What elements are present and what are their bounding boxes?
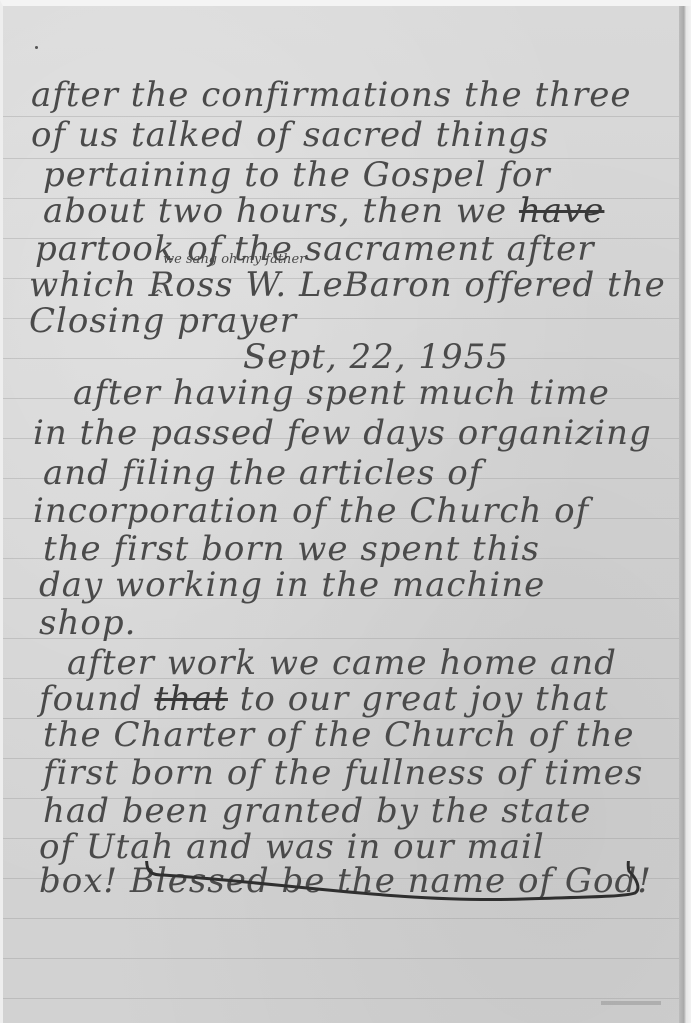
struck-word: have	[519, 191, 605, 231]
text-line: of us talked of sacred things	[31, 118, 549, 152]
text-line: day working in the machine	[39, 568, 545, 602]
text-line: Closing prayer	[29, 304, 297, 338]
text-line: shop.	[39, 606, 136, 640]
emphasis-loop	[143, 861, 643, 911]
text-line: about two hours, then we have	[43, 194, 604, 228]
text-line: of Utah and was in our mail	[39, 830, 545, 864]
text-line: which Ross W. LeBaron offered the	[29, 268, 666, 302]
text-line: and filing the articles of	[43, 456, 482, 490]
text-line: the Charter of the Church of the	[43, 718, 634, 752]
ruled-line	[3, 958, 679, 959]
text-segment: found	[39, 679, 143, 719]
ruled-line	[3, 998, 679, 999]
entry-date: Sept, 22, 1955	[243, 340, 509, 374]
journal-page: after the confirmations the three of us …	[0, 0, 691, 1023]
page-edge	[679, 6, 691, 1023]
text-line: after work we came home and	[67, 646, 617, 680]
text-line: after the confirmations the three	[31, 78, 632, 112]
ink-dot	[35, 46, 38, 49]
text-line: after having spent much time	[73, 376, 610, 410]
text-segment: about two hours, then we	[43, 191, 507, 231]
text-line: had been granted by the state	[43, 794, 591, 828]
text-line: pertaining to the Gospel for	[43, 158, 551, 192]
text-line: incorporation of the Church of	[33, 494, 589, 528]
text-line: found that to our great joy that	[39, 682, 609, 716]
page-mark	[601, 1001, 661, 1005]
text-line: the first born we spent this	[43, 532, 540, 566]
text-line: in the passed few days organizing	[33, 416, 652, 450]
text-segment: to our great joy that	[240, 679, 609, 719]
text-line: first born of the fullness of times	[43, 756, 643, 790]
struck-word: that	[154, 679, 228, 719]
text-line: partook of the sacrament after	[35, 232, 595, 266]
ruled-line	[3, 918, 679, 919]
